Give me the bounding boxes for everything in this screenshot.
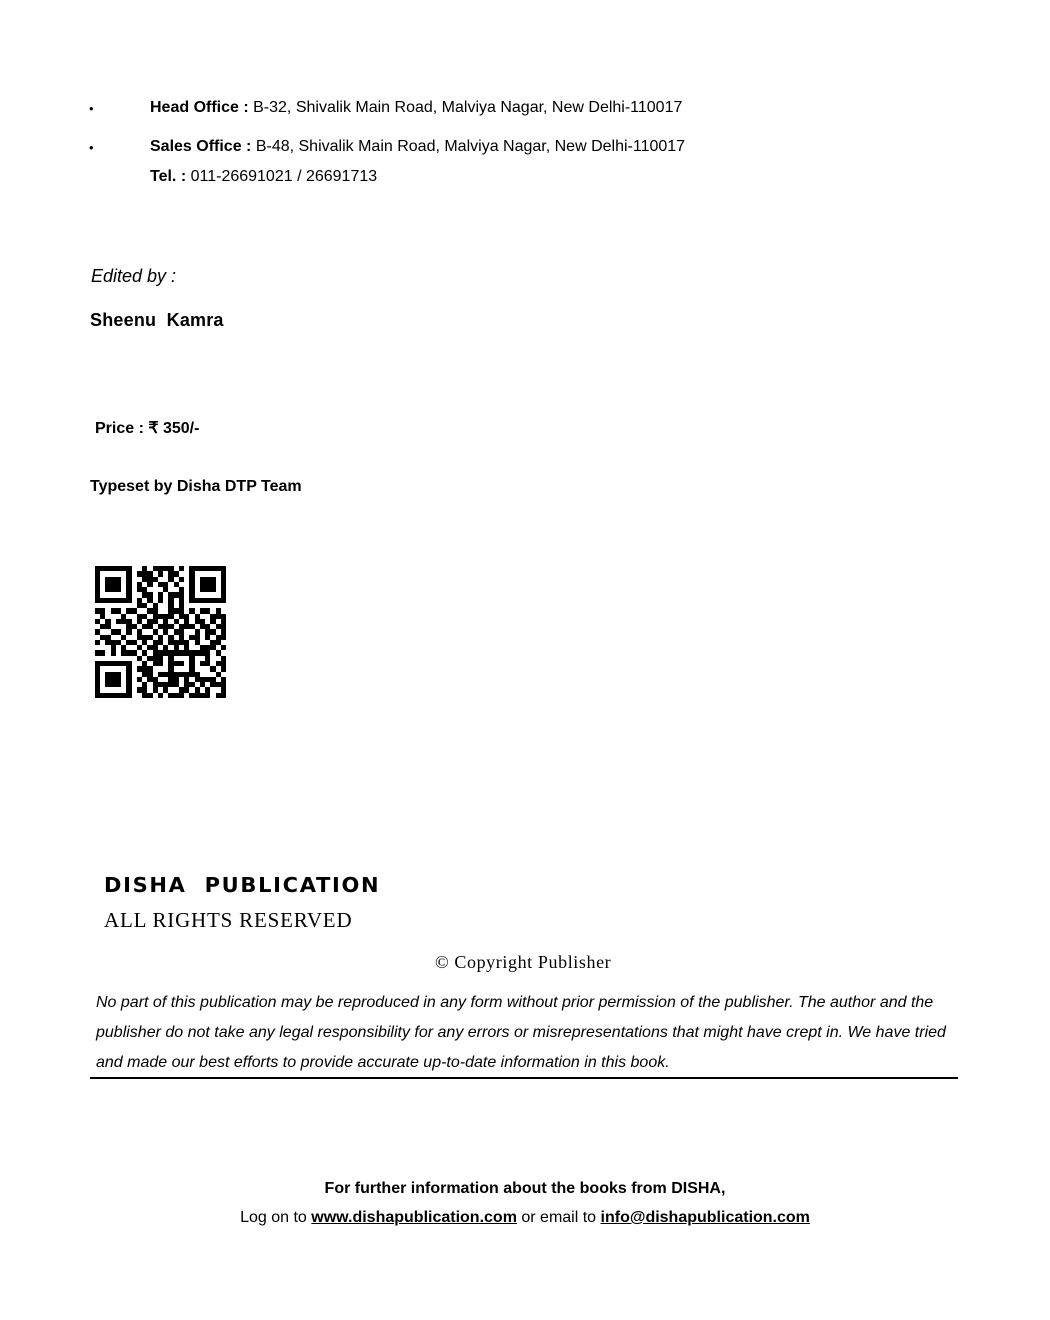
rights-reserved: ALL RIGHTS RESERVED: [104, 908, 352, 933]
divider: [90, 1077, 958, 1079]
head-office-label: Head Office :: [150, 99, 249, 116]
sales-office-address: Sales Office : B-48, Shivalik Main Road,…: [150, 137, 685, 157]
head-office-value: B-32, Shivalik Main Road, Malviya Nagar,…: [249, 99, 683, 116]
head-office-address: Head Office : B-32, Shivalik Main Road, …: [150, 98, 682, 118]
price: Price : ₹ 350/-: [95, 418, 199, 438]
qr-code-icon: [95, 566, 226, 698]
sales-office-label: Sales Office :: [150, 138, 251, 155]
footer-prefix: Log on to: [240, 1209, 311, 1226]
typeset-credit: Typeset by Disha DTP Team: [90, 478, 302, 496]
tel-label: Tel. :: [150, 168, 186, 185]
edited-by-label: Edited by :: [91, 266, 176, 287]
editor-name: Sheenu Kamra: [90, 310, 224, 331]
copyright-notice: © Copyright Publisher: [435, 952, 611, 973]
footer-contact: Log on to www.dishapublication.com or em…: [0, 1209, 1050, 1227]
website-link[interactable]: www.dishapublication.com: [311, 1209, 517, 1226]
bullet-icon: •: [89, 140, 94, 155]
bullet-icon: •: [89, 101, 94, 116]
footer-middle: or email to: [517, 1209, 601, 1226]
sales-office-value: B-48, Shivalik Main Road, Malviya Nagar,…: [251, 138, 685, 155]
telephone: Tel. : 011-26691021 / 26691713: [150, 167, 377, 187]
publisher-name: DISHA PUBLICATION: [104, 873, 380, 897]
disclaimer-text: No part of this publication may be repro…: [96, 988, 966, 1078]
email-link[interactable]: info@dishapublication.com: [601, 1209, 810, 1226]
footer-info: For further information about the books …: [0, 1180, 1050, 1198]
tel-value: 011-26691021 / 26691713: [186, 168, 377, 185]
